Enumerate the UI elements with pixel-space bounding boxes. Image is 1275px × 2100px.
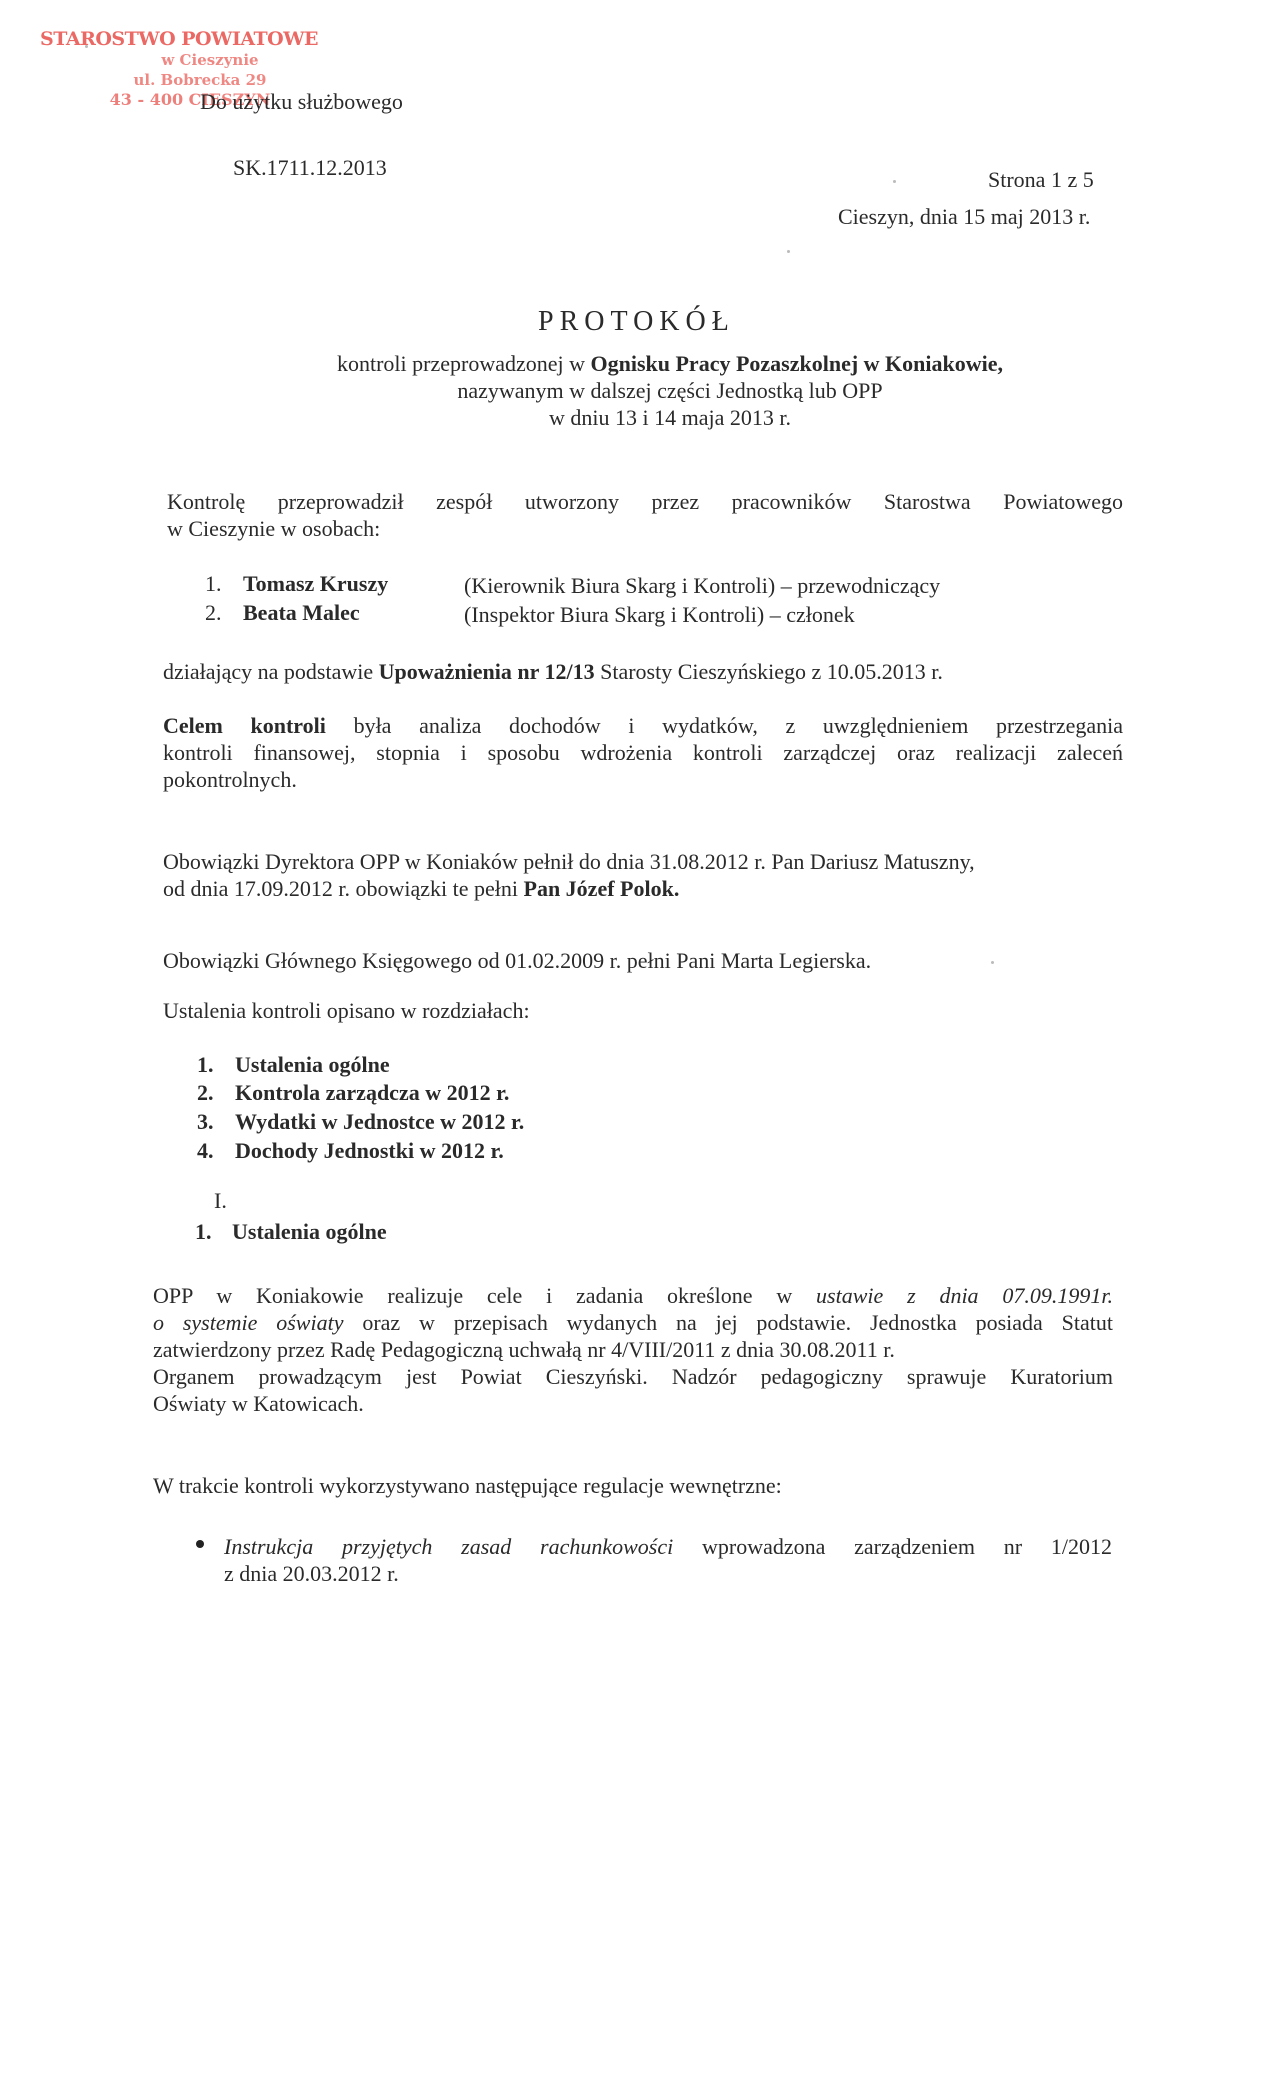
chapter-label: Ustalenia ogólne: [235, 1051, 390, 1078]
purpose-label: Celem kontroli: [163, 713, 326, 738]
purpose-line-3: pokontrolnych.: [163, 766, 1123, 793]
document-title: PROTOKÓŁ: [538, 308, 735, 335]
law-reference: o systemie oświaty: [153, 1310, 343, 1335]
general-text: oraz w przepisach wydanych na jej podsta…: [343, 1310, 1113, 1335]
general-line-3: zatwierdzony przez Radę Pedagogiczną uch…: [153, 1336, 1113, 1363]
institution-name: Ognisku Pracy Pozaszkolnej w Koniakowie,: [591, 351, 1004, 376]
authorization-number: Upoważnienia nr 12/13: [379, 659, 595, 684]
director-name: Pan Józef Polok.: [524, 876, 680, 901]
regulation-line-1: Instrukcja przyjętych zasad rachunkowośc…: [224, 1533, 1112, 1560]
regulation-line-2: z dnia 20.03.2012 r.: [224, 1560, 1112, 1587]
page-indicator: Strona 1 z 5: [988, 166, 1094, 193]
subtitle-line-3: w dniu 13 i 14 maja 2013 r.: [200, 404, 1140, 431]
bullet-icon: [196, 1540, 204, 1548]
general-text: OPP w Koniakowie realizuje cele i zadani…: [153, 1283, 816, 1308]
purpose-paragraph: Celem kontroli była analiza dochodów i w…: [163, 712, 1123, 793]
chapter-label: Dochody Jednostki w 2012 r.: [235, 1137, 504, 1164]
chapter-label: Kontrola zarządcza w 2012 r.: [235, 1079, 509, 1106]
team-member-name: Tomasz Kruszy: [243, 570, 388, 597]
team-intro: Kontrolę przeprowadził zespół utworzony …: [167, 488, 1123, 542]
team-intro-line-2: w Cieszynie w osobach:: [167, 515, 1123, 542]
authorization-prefix: działający na podstawie: [163, 659, 379, 684]
general-paragraph: OPP w Koniakowie realizuje cele i zadani…: [153, 1282, 1113, 1417]
section-roman-numeral: I.: [214, 1187, 227, 1214]
purpose-line-2: kontroli finansowej, stopnia i sposobu w…: [163, 739, 1123, 766]
authorization-line: działający na podstawie Upoważnienia nr …: [163, 658, 943, 685]
team-intro-line-1: Kontrolę przeprowadził zespół utworzony …: [167, 488, 1123, 515]
accountant-line: Obowiązki Głównego Księgowego od 01.02.2…: [163, 947, 871, 974]
scan-speck: [85, 45, 88, 48]
general-line-1: OPP w Koniakowie realizuje cele i zadani…: [153, 1282, 1113, 1309]
team-member-number: 2.: [205, 599, 222, 626]
chapter-number: 3.: [197, 1108, 214, 1135]
subtitle-line-2: nazywanym w dalszej części Jednostką lub…: [200, 377, 1140, 404]
law-reference: ustawie z dnia 07.09.1991r.: [816, 1283, 1113, 1308]
scan-speck: [787, 250, 790, 253]
stamp-line-3: ul. Bobrecka 29: [40, 70, 340, 90]
chapters-intro: Ustalenia kontroli opisano w rozdziałach…: [163, 997, 530, 1024]
general-line-2: o systemie oświaty oraz w przepisach wyd…: [153, 1309, 1113, 1336]
team-member-number: 1.: [205, 570, 222, 597]
chapter-label: Wydatki w Jednostce w 2012 r.: [235, 1108, 524, 1135]
scan-speck: [991, 961, 994, 964]
scan-speck: [893, 180, 896, 183]
chapter-number: 1.: [197, 1051, 214, 1078]
authorization-suffix: Starosty Cieszyńskiego z 10.05.2013 r.: [595, 659, 943, 684]
document-subtitle: kontroli przeprowadzonej w Ognisku Pracy…: [200, 350, 1140, 431]
subtitle-text: kontroli przeprowadzonej w: [337, 351, 591, 376]
stamp-line-2: w Cieszynie: [40, 50, 340, 70]
section-number: 1.: [195, 1218, 212, 1245]
chapter-number: 2.: [197, 1079, 214, 1106]
director-line-1: Obowiązki Dyrektora OPP w Koniaków pełni…: [163, 848, 975, 875]
regulations-intro: W trakcie kontroli wykorzystywano następ…: [153, 1472, 782, 1499]
team-member-role: (Inspektor Biura Skarg i Kontroli) – czł…: [464, 601, 855, 628]
chapter-number: 4.: [197, 1137, 214, 1164]
director-line-2: od dnia 17.09.2012 r. obowiązki te pełni…: [163, 875, 975, 902]
reference-number: SK.1711.12.2013: [233, 154, 387, 181]
subtitle-line-1: kontroli przeprowadzonej w Ognisku Pracy…: [200, 350, 1140, 377]
purpose-text: była analiza dochodów i wydatków, z uwzg…: [326, 713, 1123, 738]
regulation-title: Instrukcja przyjętych zasad rachunkowośc…: [224, 1534, 673, 1559]
section-heading: Ustalenia ogólne: [232, 1218, 387, 1245]
document-page: STAROSTWO POWIATOWE w Cieszynie ul. Bobr…: [0, 0, 1275, 2100]
team-member-role: (Kierownik Biura Skarg i Kontroli) – prz…: [464, 572, 940, 599]
regulation-item: Instrukcja przyjętych zasad rachunkowośc…: [224, 1533, 1112, 1587]
general-line-5: Oświaty w Katowicach.: [153, 1390, 1113, 1417]
classification-label: Do użytku służbowego: [200, 88, 403, 115]
general-line-4: Organem prowadzącym jest Powiat Cieszyńs…: [153, 1363, 1113, 1390]
director-text: od dnia 17.09.2012 r. obowiązki te pełni: [163, 876, 524, 901]
regulation-text: wprowadzona zarządzeniem nr 1/2012: [673, 1534, 1112, 1559]
purpose-line-1: Celem kontroli była analiza dochodów i w…: [163, 712, 1123, 739]
place-date: Cieszyn, dnia 15 maj 2013 r.: [838, 203, 1090, 230]
director-paragraph: Obowiązki Dyrektora OPP w Koniaków pełni…: [163, 848, 975, 902]
team-member-name: Beata Malec: [243, 599, 360, 626]
